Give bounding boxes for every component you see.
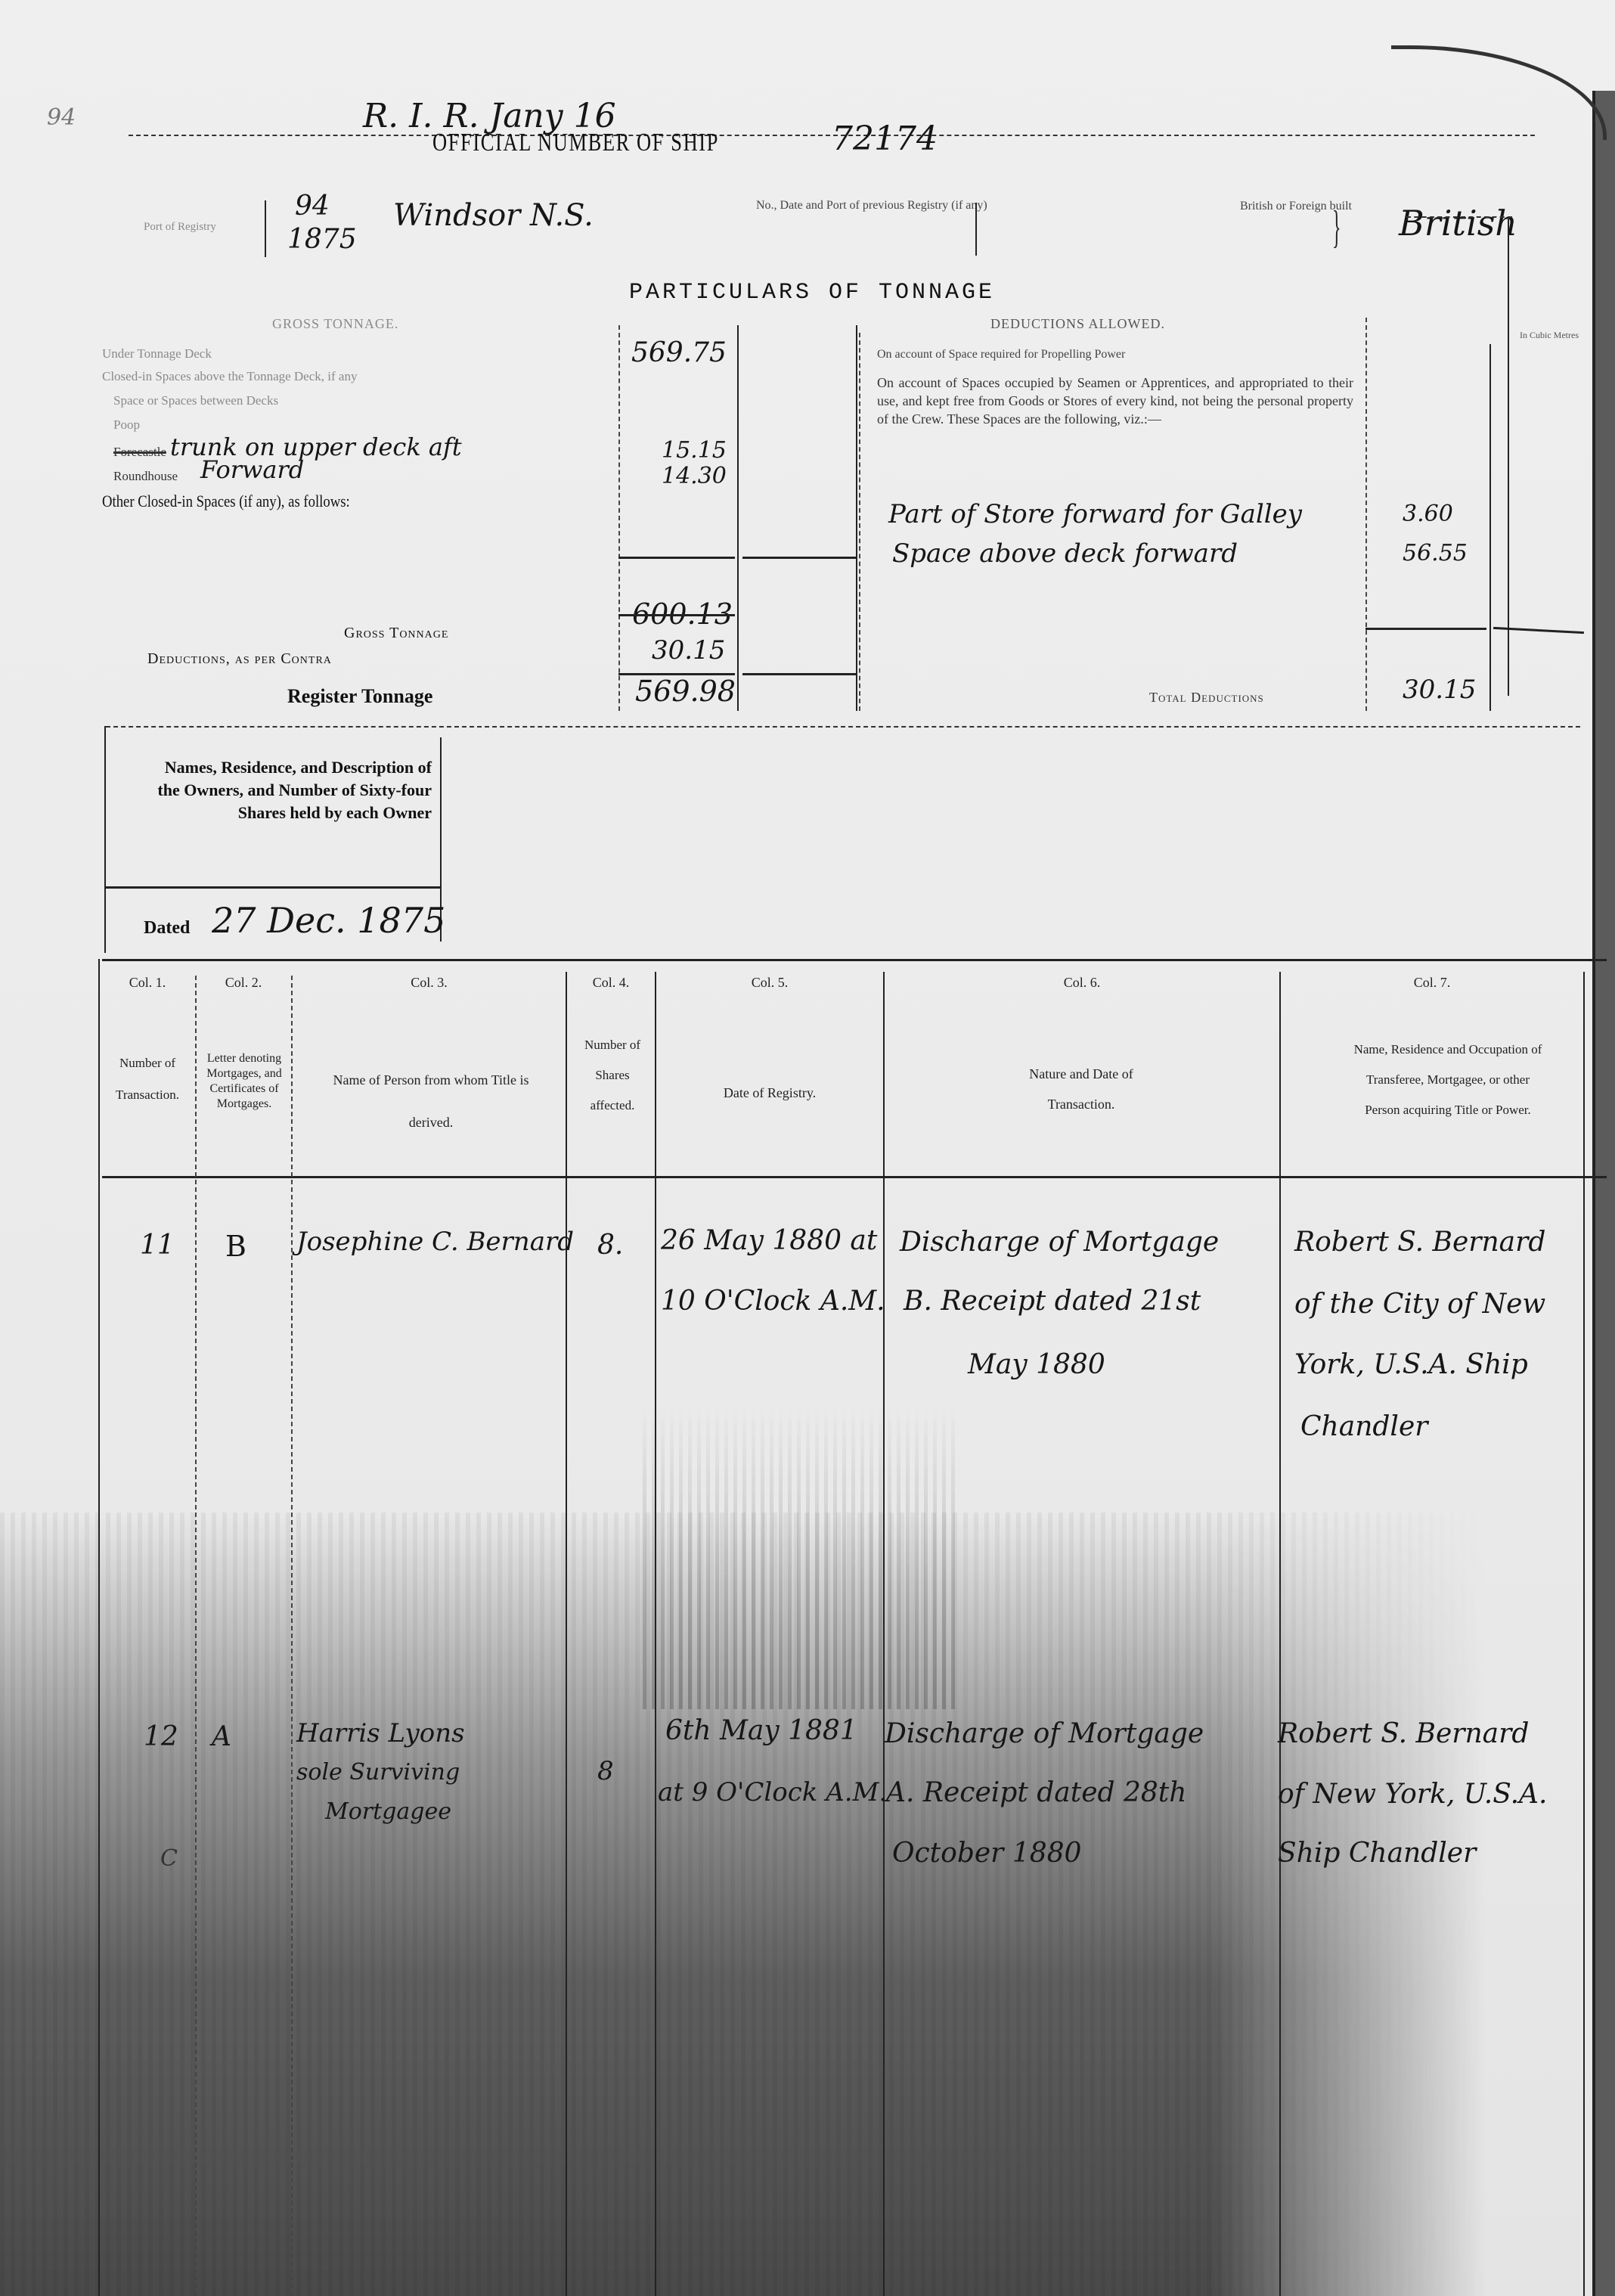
section-rule <box>106 726 1580 728</box>
tonnage-col-rule <box>856 325 857 711</box>
registry-date-line: 26 May 1880 at <box>661 1225 877 1256</box>
registry-year: 1875 <box>287 224 357 255</box>
transaction-number: 12 <box>144 1721 178 1752</box>
mortgage-letter: B <box>225 1230 246 1263</box>
transferee-line: of New York, U.S.A. <box>1278 1779 1547 1810</box>
transferee-line: Ship Chandler <box>1278 1838 1476 1869</box>
page-corner-curve <box>1391 45 1607 140</box>
header-divider <box>265 200 266 257</box>
col-5-number: Col. 5. <box>658 970 882 995</box>
table-right-rule <box>1583 972 1585 2296</box>
cubic-metres-heading: In Cubic Metres <box>1520 330 1579 341</box>
built-label: British or Foreign built <box>1240 198 1323 215</box>
transferee-line: of the City of New <box>1294 1289 1545 1320</box>
total-deductions-rule <box>1493 627 1584 634</box>
gross-row-label: Under Tonnage Deck <box>102 346 212 361</box>
col-2-number: Col. 2. <box>198 970 289 995</box>
col-3-label: Name of Person from whom Title is derive… <box>325 1059 537 1143</box>
dated-value: 27 Dec. 1875 <box>212 900 445 941</box>
col-4-label: Number of Shares affected. <box>582 1030 643 1121</box>
table-col-rule <box>883 972 885 2296</box>
deductions-per-contra-label: Deductions, as per Contra <box>147 650 332 668</box>
page-stain <box>643 1407 960 1709</box>
shares-affected: 8 <box>597 1756 614 1786</box>
nature-line: Discharge of Mortgage <box>900 1227 1219 1258</box>
nature-line: October 1880 <box>892 1838 1081 1869</box>
deduction-line-crew: On account of Spaces occupied by Seamen … <box>877 374 1353 428</box>
deduction-line-propelling: On account of Space required for Propell… <box>877 348 1346 361</box>
registry-date-line: at 9 O'Clock A.M. <box>658 1777 887 1807</box>
col-7-number: Col. 7. <box>1282 970 1582 995</box>
deductions-heading: DEDUCTIONS ALLOWED. <box>990 316 1165 332</box>
mortgage-letter: A <box>212 1721 231 1752</box>
built-rule <box>1406 216 1512 218</box>
register-tonnage-value: 569.98 <box>635 675 736 708</box>
gross-row-label: Space or Spaces between Decks <box>113 393 278 408</box>
nature-line: B. Receipt dated 21st <box>904 1286 1201 1317</box>
nature-line: A. Receipt dated 28th <box>886 1777 1186 1808</box>
tonnage-col-rule <box>737 325 739 711</box>
gross-row-value: 569.75 <box>631 337 727 368</box>
register-rule <box>742 673 856 675</box>
col-3-number: Col. 3. <box>295 970 563 995</box>
gross-row-label: Roundhouse <box>113 469 178 484</box>
header-divider <box>975 203 977 256</box>
owners-label: Names, Residence, and Description of the… <box>148 756 432 824</box>
table-top-rule <box>102 959 1607 961</box>
gross-total-rule <box>742 557 856 559</box>
official-number-value: 72174 <box>832 119 938 158</box>
col-6-number: Col. 6. <box>886 970 1278 995</box>
gross-row-value: 15.15 <box>662 437 727 464</box>
previous-registry-label: No., Date and Port of previous Registry … <box>756 198 953 213</box>
deduction-item-text: Part of Store forward for Galley <box>888 499 1302 529</box>
deduction-item-text: Space above deck forward <box>892 538 1238 569</box>
transferee-line: Robert S. Bernard <box>1294 1227 1545 1258</box>
gross-tonnage-label: Gross Tonnage <box>344 625 448 642</box>
table-header-bottom-rule <box>102 1176 1607 1178</box>
registry-number: 94 <box>295 191 330 222</box>
gross-row-label-struck: Forecastle <box>113 445 166 460</box>
page-right-rule <box>1508 219 1509 696</box>
table-col-rule <box>195 976 197 2296</box>
from-whom-line: Mortgagee <box>325 1798 451 1825</box>
gross-sub-rule <box>618 614 735 616</box>
owners-box-left <box>104 726 106 953</box>
col-1-label: Number of Transaction. <box>106 1047 189 1111</box>
total-deductions-label: Total Deductions <box>1149 690 1264 706</box>
gross-row-detail: Forward <box>200 455 304 484</box>
col-4-number: Col. 4. <box>569 970 653 995</box>
col-7-label: Name, Residence and Occupation of Transf… <box>1353 1035 1542 1125</box>
gross-row-value: 14.30 <box>662 463 727 489</box>
register-tonnage-label: Register Tonnage <box>287 685 432 708</box>
official-number-label: OFFICIAL NUMBER OF SHIP <box>432 129 719 157</box>
port-of-registry-label: Port of Registry <box>144 219 234 234</box>
margin-mark: C <box>160 1845 178 1872</box>
top-left-mark: 94 <box>47 104 76 131</box>
transaction-number: 11 <box>140 1230 175 1261</box>
tonnage-title: PARTICULARS OF TONNAGE <box>629 280 995 306</box>
register-page: 94 R. I. R. Jany 16 OFFICIAL NUMBER OF S… <box>0 0 1615 2296</box>
from-whom-line: sole Surviving <box>296 1759 460 1786</box>
tonnage-col-rule <box>618 325 620 711</box>
other-spaces-label: Other Closed-in Spaces (if any), as foll… <box>102 492 350 511</box>
deduction-item-value: 56.55 <box>1403 540 1468 566</box>
nature-line: Discharge of Mortgage <box>885 1718 1204 1749</box>
total-deductions-value: 30.15 <box>1403 675 1476 705</box>
table-col-rule <box>655 972 656 2296</box>
deduction-item-value: 3.60 <box>1403 501 1453 527</box>
table-col-rule <box>291 976 293 2296</box>
registry-date-line: 6th May 1881 <box>665 1715 857 1746</box>
gross-row-label: Closed-in Spaces above the Tonnage Deck,… <box>102 369 357 384</box>
registry-date-line: 10 O'Clock A.M. <box>661 1286 885 1317</box>
from-whom-line: Harris Lyons <box>296 1718 465 1748</box>
deductions-col-rule <box>1365 318 1367 711</box>
transferee-line: York, U.S.A. Ship <box>1294 1349 1528 1380</box>
deductions-left-rule <box>859 333 860 711</box>
brace: } <box>1332 201 1341 253</box>
built-value: British <box>1399 203 1517 244</box>
col-2-label: Letter denoting Mortgages, and Certifica… <box>203 1051 286 1112</box>
col-5-label: Date of Registry. <box>658 1080 882 1106</box>
shares-affected: 8. <box>597 1230 623 1261</box>
nature-line: May 1880 <box>968 1349 1105 1380</box>
deductions-per-contra-value: 30.15 <box>652 635 725 666</box>
gross-total-rule <box>618 557 735 559</box>
transferee-line: Chandler <box>1300 1411 1427 1442</box>
owners-box-rule <box>106 886 440 889</box>
port-of-registry-value: Windsor N.S. <box>393 198 594 233</box>
gross-row-label: Poop <box>113 417 140 433</box>
deductions-col-rule <box>1489 344 1491 711</box>
table-col-rule <box>1279 972 1281 2296</box>
page-stain-bottom <box>0 1513 1615 2296</box>
page-binding-edge <box>1592 91 1615 2296</box>
dated-label: Dated <box>144 918 190 939</box>
gross-tonnage-heading: GROSS TONNAGE. <box>272 316 398 332</box>
from-whom: Josephine C. Bernard <box>296 1227 574 1257</box>
table-col-rule <box>98 959 100 2296</box>
table-col-rule <box>566 972 567 2296</box>
col-6-label: Nature and Date of Transaction. <box>1006 1059 1157 1119</box>
col-1-number: Col. 1. <box>102 970 193 995</box>
transferee-line: Robert S. Bernard <box>1278 1718 1529 1749</box>
total-deductions-rule <box>1365 628 1486 630</box>
